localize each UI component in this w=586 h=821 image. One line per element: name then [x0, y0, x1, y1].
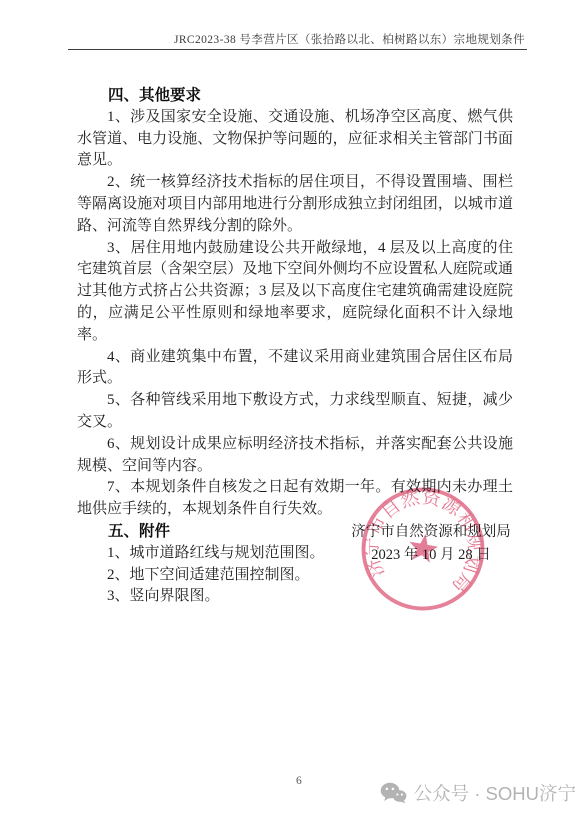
page-header-title: JRC2023-38 号李营片区（张拾路以北、柏树路以东）宗地规划条件: [174, 31, 525, 47]
requirement-paragraph-2: 2、统一核算经济技术指标的居住项目，不得设置围墙、围栏等隔离设施对项目内部用地进…: [77, 172, 513, 237]
signature-date: 2023 年 10 月 28 日: [349, 544, 513, 567]
header-divider: [68, 49, 527, 50]
watermark-text: 公众号 · SOHU济宁: [414, 780, 576, 806]
page-number: 6: [296, 775, 302, 787]
requirement-paragraph-4: 4、商业建筑集中布置，不建议采用商业建筑围合居住区布局形式。: [77, 347, 513, 391]
document-page: JRC2023-38 号李营片区（张拾路以北、柏树路以东）宗地规划条件 四、其他…: [0, 0, 586, 821]
signature-block: 济宁市自然资源和规划局 2023 年 10 月 28 日: [349, 521, 513, 567]
requirement-paragraph-6: 6、规划设计成果应标明经济技术指标，并落实配套公共设施规模、空间等内容。: [77, 434, 513, 478]
requirement-paragraph-5: 5、各种管线采用地下敷设方式，力求线型顺直、短捷，减少交叉。: [77, 390, 513, 434]
requirement-paragraph-7: 7、本规划条件自核发之日起有效期一年。有效期内未办理土地供应手续的，本规划条件自…: [77, 477, 513, 521]
attachment-item-3: 3、竖向界限图。: [77, 586, 513, 608]
section-heading-other-requirements: 四、其他要求: [77, 85, 513, 107]
wechat-icon: [380, 782, 407, 804]
requirement-paragraph-3: 3、居住用地内鼓励建设公共开敞绿地，4 层及以上高度的住宅建筑首层（含架空层）及…: [77, 238, 513, 347]
requirement-paragraph-1: 1、涉及国家安全设施、交通设施、机场净空区高度、燃气供水管道、电力设施、文物保护…: [77, 107, 513, 172]
watermark: 公众号 · SOHU济宁: [380, 780, 576, 806]
attachment-item-2: 2、地下空间适建范围控制图。: [77, 565, 513, 587]
signature-agency: 济宁市自然资源和规划局: [349, 521, 513, 544]
